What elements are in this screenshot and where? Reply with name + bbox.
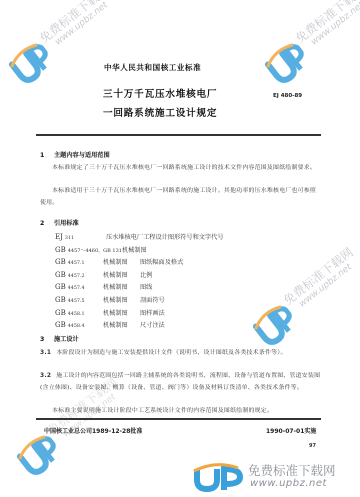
standard-number: EJ 480-89 [273, 93, 302, 99]
section-1-heading: 1主题内容与适用范围 [40, 150, 110, 159]
section-1-paragraph-2: 本标准适用于三十万千瓦压水堆核电厂一回路系统的施工设计。其他功率的压水堆核电厂也… [40, 186, 322, 209]
upbz-logo-icon [261, 38, 313, 89]
reference-item: GB 4457.4 机械制图 图线 [55, 282, 224, 295]
watermark-url: www.upbz.net [250, 478, 327, 489]
section-1-paragraph-1: 本标准规定了三十万千瓦压水堆核电厂一回路系统施工设计的技术文件内容范围及图纸绘制… [40, 163, 322, 175]
upbz-logo-icon [5, 38, 57, 89]
section-3-heading: 3施工设计 [40, 334, 79, 343]
approval-date: 中国核工业总公司1989-12-28批准 [44, 426, 142, 435]
section-2-heading: 2引用标准 [40, 218, 79, 227]
reference-item: GB 4458.1 机械制图 图样画法 [55, 308, 224, 321]
reference-item: GB 4458.4 机械制图 尺寸注法 [55, 320, 224, 333]
section-3-closing: 本标准主要说明施工设计阶段中工艺系统设计文件的内容范围及图纸绘制的规定。 [40, 406, 322, 418]
reference-item: GB 4457.2 机械制图 比例 [55, 270, 224, 283]
upbz-logo-icon [249, 300, 301, 351]
upbz-logo-icon [192, 462, 244, 492]
reference-item: GB 4457.5 机械制图 剖面符号 [55, 295, 224, 308]
document-title-line1: 三十万千瓦压水堆核电厂 [103, 86, 217, 100]
upbz-logo-icon [13, 430, 65, 481]
reference-item: EJ 311 压水堆核电厂工程设计图形符号和文字代号 [55, 232, 224, 245]
clause-3-1: 3.1本阶段设计为制造与施工安装提供设计文件（说明书、设计图纸及各类技术条件等）… [40, 348, 322, 360]
effective-date: 1990-07-01实施 [266, 426, 316, 435]
reference-item: GB 4457～4460、GB 131 机械制图 [55, 245, 224, 258]
clause-3-2: 3.2施工设计的内容范围包括一回路主辅系统的各类说明书、流程图、设备与管道布置图… [40, 371, 322, 394]
watermark-site-name: 免费标准下载网 [248, 461, 336, 479]
footer-divider [36, 418, 321, 420]
standard-organization: 中华人民共和国核工业标准 [104, 62, 201, 73]
page-number: 97 [309, 443, 316, 449]
reference-standards-list: EJ 311 压水堆核电厂工程设计图形符号和文字代号 GB 4457～4460、… [55, 232, 224, 333]
reference-item: GB 4457.1 机械制图 图纸幅面及格式 [55, 257, 224, 270]
header-divider [36, 134, 321, 136]
document-title-line2: 一回路系统施工设计规定 [103, 105, 217, 119]
